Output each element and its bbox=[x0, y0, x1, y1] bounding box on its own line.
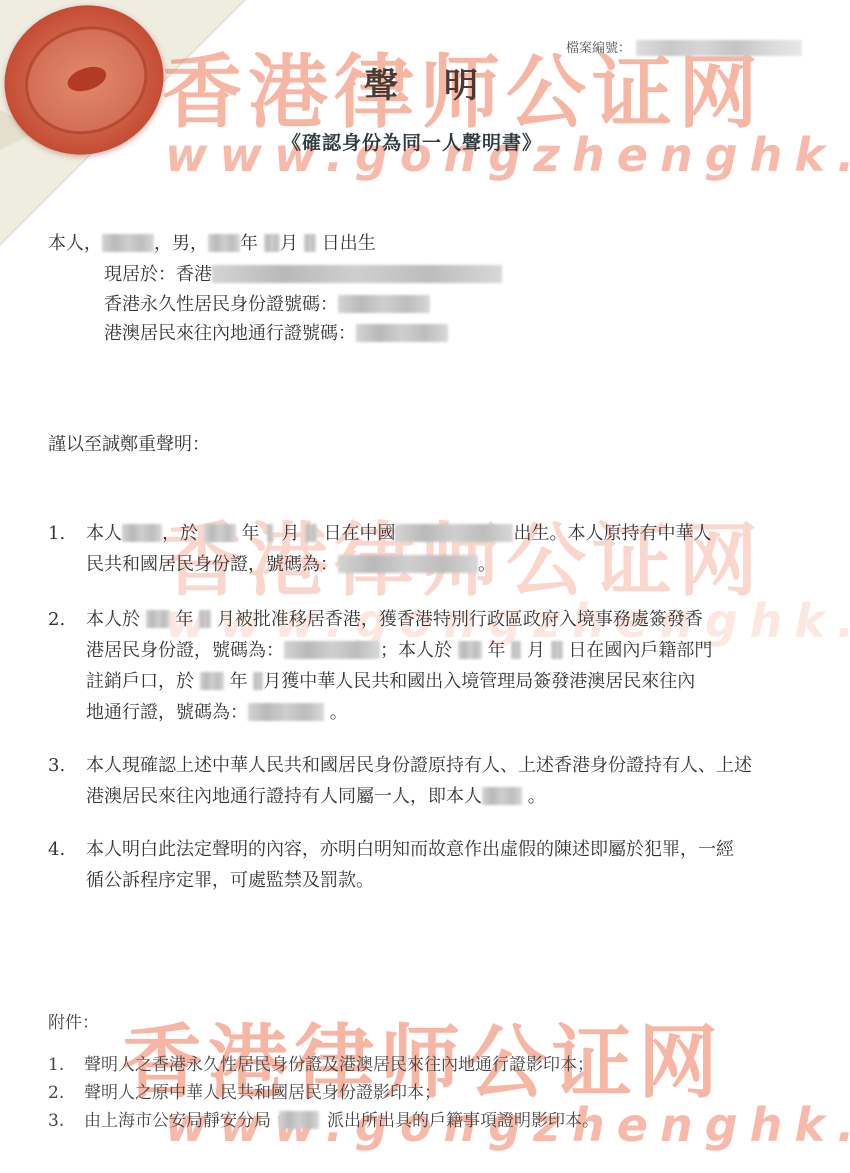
redacted-day bbox=[305, 524, 317, 542]
hkid-line: 香港永久性居民身份證號碼： bbox=[104, 295, 430, 314]
residence-line: 現居於：香港 bbox=[104, 265, 502, 284]
redacted-year bbox=[458, 641, 482, 659]
text-segment: 港居民身份證，號碼為： bbox=[86, 640, 284, 661]
paragraph-line: 本人現確認上述中華人民共和國居民身份證原持有人、上述香港身份證持有人、上述 bbox=[86, 750, 808, 781]
redacted-permit bbox=[248, 703, 324, 721]
redacted-month bbox=[253, 672, 263, 690]
attachment-number: 3. bbox=[48, 1108, 84, 1134]
redacted-month bbox=[511, 641, 521, 659]
paragraph-line: 港居民身份證，號碼為：；本人於 年 月 日在國內戶籍部門 bbox=[86, 635, 808, 666]
text-segment: 年 bbox=[241, 523, 259, 544]
paragraph-3: 3. 本人現確認上述中華人民共和國居民身份證原持有人、上述香港身份證持有人、上述… bbox=[48, 750, 808, 812]
attachment-item-1: 1.聲明人之香港永久性居民身份證及港澳居民來往內地通行證影印本； bbox=[48, 1052, 594, 1078]
text-segment: 。 bbox=[478, 554, 496, 575]
document-title: 聲明 bbox=[364, 58, 524, 107]
redacted-birthplace bbox=[395, 524, 513, 542]
text-segment: 月 bbox=[281, 523, 299, 544]
text-segment: 註銷戶口，於 bbox=[86, 671, 194, 692]
redacted-name bbox=[482, 787, 522, 805]
text-segment: 年 bbox=[487, 640, 505, 661]
residence-label: 現居於：香港 bbox=[104, 264, 212, 285]
redacted-year bbox=[146, 610, 170, 628]
paragraph-line: 本人明白此法定聲明的內容，亦明白明知而故意作出虛假的陳述即屬於犯罪，一經 bbox=[86, 834, 808, 865]
redacted-month bbox=[267, 524, 273, 542]
file-number-redacted bbox=[636, 40, 802, 56]
text-segment: 本人明白此法定聲明的內容，亦明白明知而故意作出虛假的陳述即屬於犯罪，一經 bbox=[86, 839, 734, 860]
paragraph-1: 1. 本人，於 年月日在中國出生。本人原持有中華人 民共和國居民身份證，號碼為：… bbox=[48, 518, 808, 580]
redacted-permit bbox=[356, 324, 448, 342]
paragraph-2: 2. 本人於 年 月被批准移居香港，獲香港特別行政區政府入境事務處簽發香 港居民… bbox=[48, 604, 808, 728]
year-label: 年 bbox=[240, 233, 258, 254]
text-segment: 民共和國居民身份證，號碼為： bbox=[86, 554, 338, 575]
text-segment: 日在國內戶籍部門 bbox=[568, 640, 712, 661]
paragraph-line: 民共和國居民身份證，號碼為：。 bbox=[86, 549, 808, 580]
text-segment: 年 bbox=[229, 671, 247, 692]
paragraph-number: 3. bbox=[48, 750, 65, 781]
redacted-month bbox=[199, 610, 211, 628]
hkid-label: 香港永久性居民身份證號碼： bbox=[104, 294, 338, 315]
redacted-year bbox=[208, 234, 240, 252]
wax-seal-icon bbox=[0, 0, 183, 175]
redacted-id-number bbox=[338, 555, 478, 573]
attachment-item-3: 3.由上海市公安局靜安分局派出所出具的戶籍事項證明影印本。 bbox=[48, 1108, 599, 1134]
redacted-year bbox=[200, 672, 224, 690]
permit-line: 港澳居民來往內地通行證號碼： bbox=[104, 324, 448, 343]
text-segment: 。 bbox=[330, 702, 348, 723]
text-segment: 本人於 bbox=[86, 609, 140, 630]
redacted-name bbox=[102, 234, 154, 252]
redacted-hkid bbox=[284, 641, 380, 659]
declarant-prefix: 本人， bbox=[48, 233, 102, 254]
text-segment: 本人現確認上述中華人民共和國居民身份證原持有人、上述香港身份證持有人、上述 bbox=[86, 755, 752, 776]
redacted-address bbox=[212, 265, 502, 283]
redacted-day bbox=[551, 641, 563, 659]
paragraph-line: 港澳居民來往內地通行證持有人同屬一人，即本人 。 bbox=[86, 781, 808, 812]
text-segment: 月被批准移居香港，獲香港特別行政區政府入境事務處簽發香 bbox=[217, 609, 703, 630]
attachment-number: 1. bbox=[48, 1052, 84, 1078]
declarant-line: 本人，，男，年月 日出生 bbox=[48, 234, 376, 253]
redacted-day bbox=[304, 234, 316, 252]
text-segment: 日在中國 bbox=[323, 523, 395, 544]
attachment-text: 聲明人之香港永久性居民身份證及港澳居民來往內地通行證影印本； bbox=[84, 1055, 594, 1075]
text-segment: 月獲中華人民共和國出入境管理局簽發港澳居民來往內 bbox=[263, 671, 695, 692]
declarant-gender: ，男， bbox=[154, 233, 208, 254]
redacted-police-station bbox=[279, 1111, 319, 1129]
paragraph-4: 4. 本人明白此法定聲明的內容，亦明白明知而故意作出虛假的陳述即屬於犯罪，一經 … bbox=[48, 834, 808, 896]
text-segment: 港澳居民來往內地通行證持有人同屬一人，即本人 bbox=[86, 786, 482, 807]
month-label: 月 bbox=[280, 233, 298, 254]
attachment-text: 由上海市公安局靜安分局 bbox=[84, 1111, 271, 1131]
attachments-label: 附件： bbox=[48, 1010, 99, 1036]
redacted-name bbox=[122, 524, 162, 542]
attachment-text: 聲明人之原中華人民共和國居民身份證影印本； bbox=[84, 1083, 441, 1103]
file-number-label: 檔案編號： bbox=[566, 37, 631, 56]
text-segment: 月 bbox=[527, 640, 545, 661]
text-segment: 循公訴程序定罪，可處監禁及罰款。 bbox=[86, 870, 374, 891]
text-segment: 年 bbox=[175, 609, 193, 630]
day-label: 日出生 bbox=[322, 233, 376, 254]
redacted-month bbox=[264, 234, 280, 252]
redacted-hkid bbox=[338, 295, 430, 313]
paragraph-line: 本人於 年 月被批准移居香港，獲香港特別行政區政府入境事務處簽發香 bbox=[86, 604, 808, 635]
paragraph-number: 2. bbox=[48, 604, 65, 635]
attachment-number: 2. bbox=[48, 1080, 84, 1106]
attachment-item-2: 2.聲明人之原中華人民共和國居民身份證影印本； bbox=[48, 1080, 441, 1106]
redacted-year bbox=[204, 524, 236, 542]
paragraph-line: 循公訴程序定罪，可處監禁及罰款。 bbox=[86, 865, 808, 896]
solemn-declaration-intro: 謹以至誠鄭重聲明： bbox=[48, 436, 210, 454]
permit-label: 港澳居民來往內地通行證號碼： bbox=[104, 323, 356, 344]
paragraph-number: 1. bbox=[48, 518, 65, 549]
text-segment: 本人 bbox=[86, 523, 122, 544]
paragraph-line: 註銷戶口，於 年 月獲中華人民共和國出入境管理局簽發港澳居民來往內 bbox=[86, 666, 808, 697]
paragraph-line: 地通行證，號碼為： 。 bbox=[86, 697, 808, 728]
text-segment: 。 bbox=[528, 786, 546, 807]
text-segment: 出生。本人原持有中華人 bbox=[513, 523, 711, 544]
text-segment: ，於 bbox=[162, 523, 198, 544]
paragraph-line: 本人，於 年月日在中國出生。本人原持有中華人 bbox=[86, 518, 808, 549]
attachment-text: 派出所出具的戶籍事項證明影印本。 bbox=[327, 1111, 599, 1131]
paragraph-number: 4. bbox=[48, 834, 65, 865]
text-segment: 地通行證，號碼為： bbox=[86, 702, 248, 723]
text-segment: ；本人於 bbox=[380, 640, 452, 661]
envelope-corner-graphic bbox=[0, 0, 850, 1173]
document-subtitle: 《確認身份為同一人聲明書》 bbox=[282, 128, 542, 155]
